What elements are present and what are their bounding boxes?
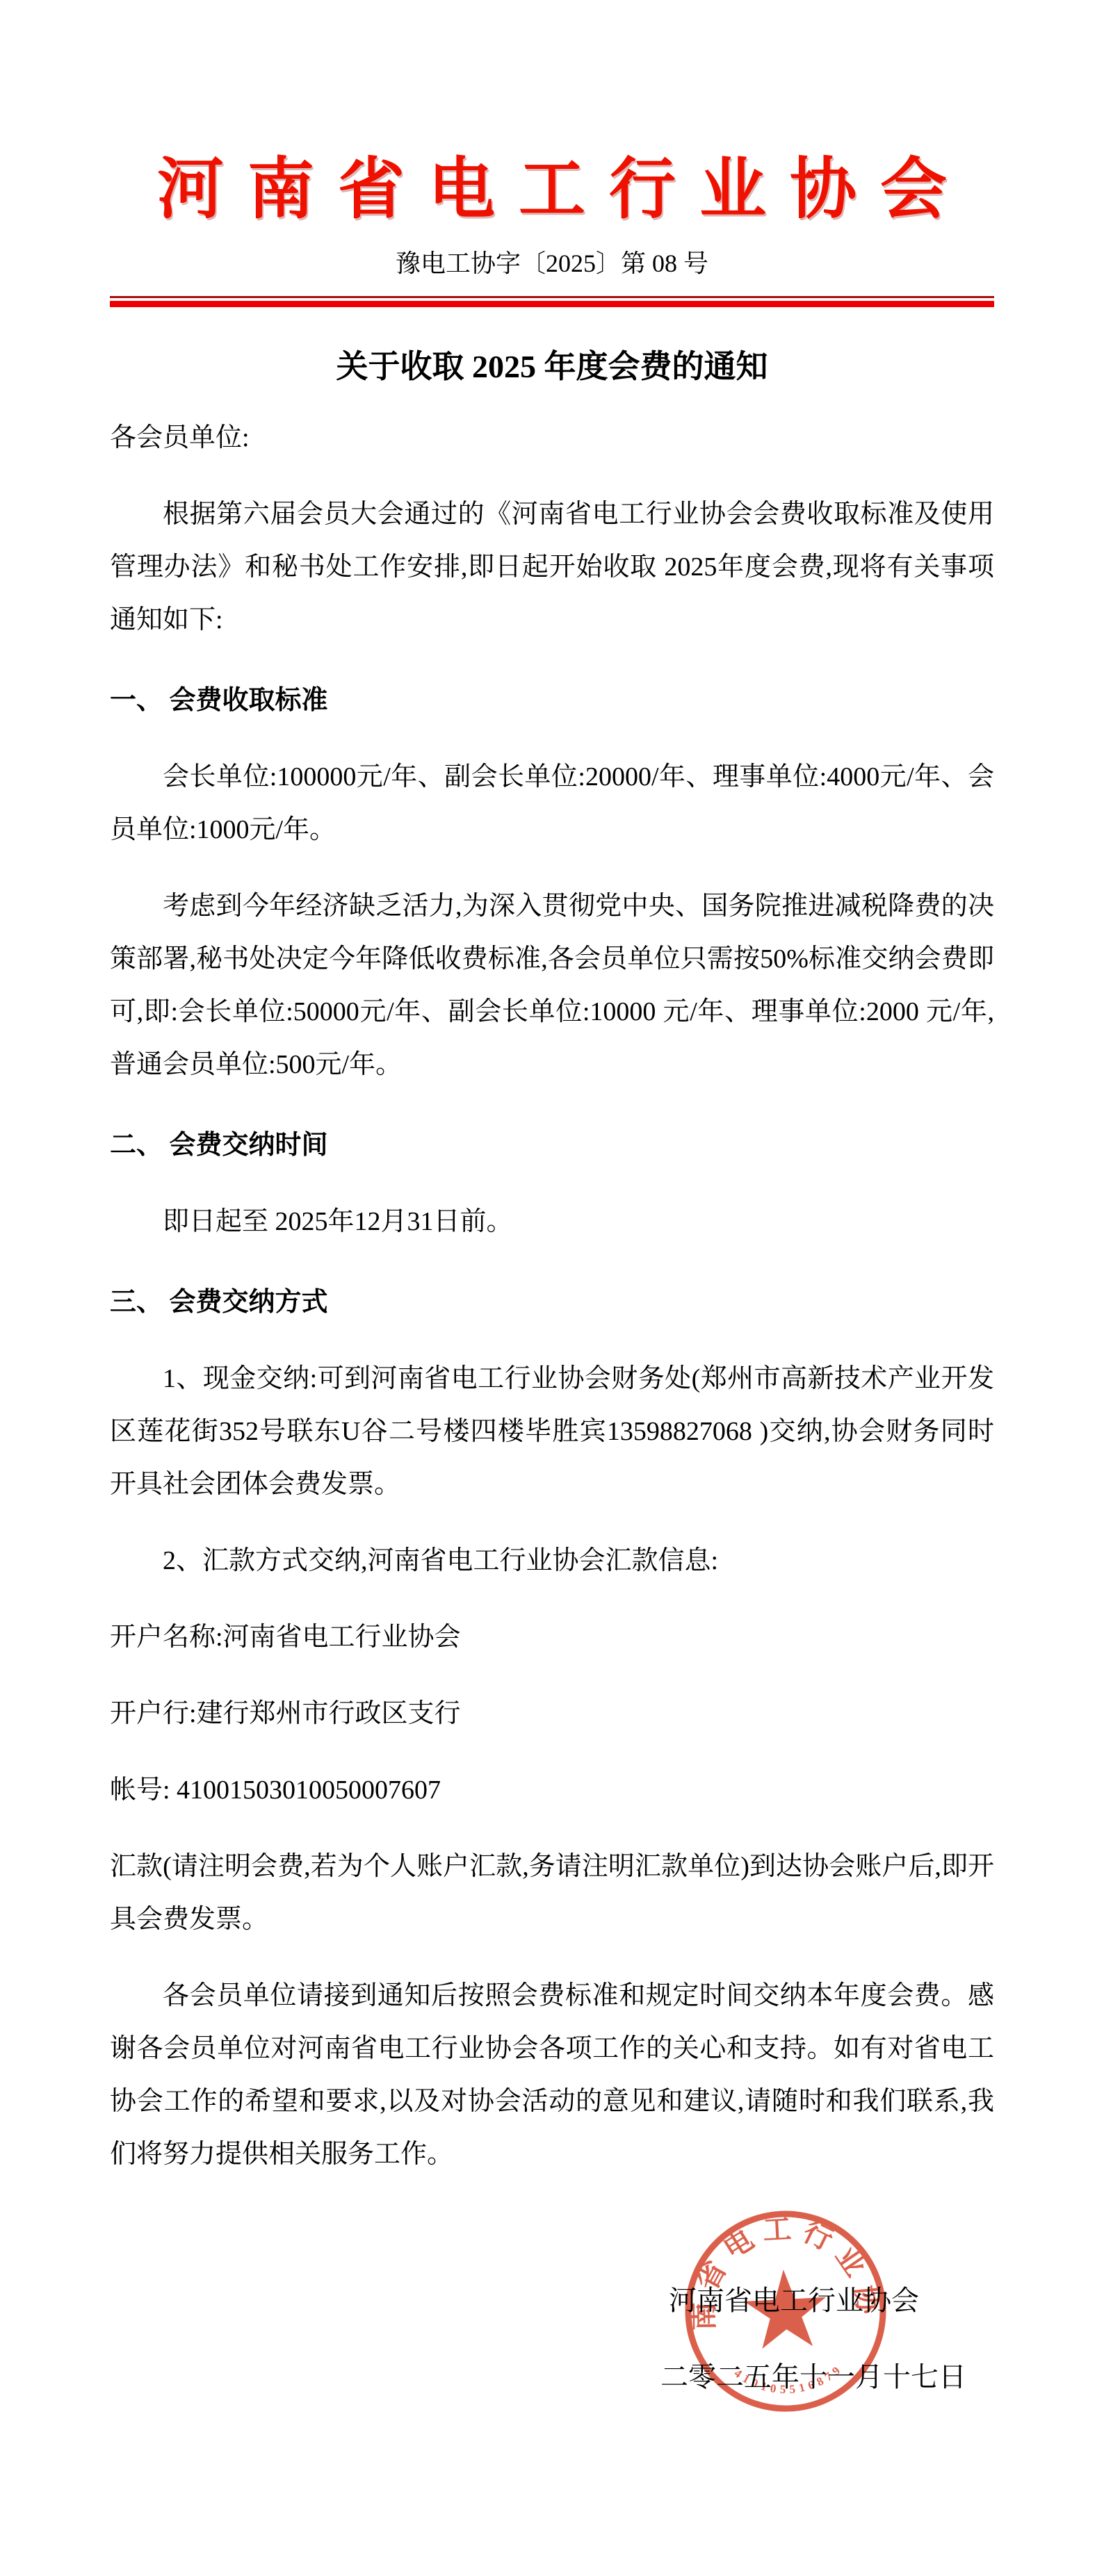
- document-body: 各会员单位: 根据第六届会员大会通过的《河南省电工行业协会会费收取标准及使用管理…: [110, 411, 994, 2181]
- signature-date: 二零二五年十一月十七日: [610, 2351, 966, 2404]
- intro-paragraph: 根据第六届会员大会通过的《河南省电工行业协会会费收取标准及使用管理办法》和秘书处…: [110, 488, 994, 646]
- section-heading-payment-time: 二、 会费交纳时间: [110, 1119, 994, 1172]
- remittance-paragraph: 2、汇款方式交纳,河南省电工行业协会汇款信息:: [110, 1534, 994, 1587]
- doc-number: 豫电工协字〔2025〕第 08 号: [110, 246, 994, 281]
- red-divider-rule: [110, 296, 994, 307]
- letterhead-org-name: 河南省电工行业协会: [110, 0, 994, 228]
- signature-org: 河南省电工行业协会: [620, 2274, 968, 2327]
- remit-note: 汇款(请注明会费,若为个人账户汇款,务请注明汇款单位)到达协会账户后,即开具会费…: [110, 1840, 994, 1946]
- signature-block: 河南省电工行业协会 410105516879 河南省电工行业协会 二零二五年十一…: [110, 2208, 994, 2570]
- fee-standard-paragraph: 会长单位:100000元/年、副会长单位:20000/年、理事单位:4000元/…: [110, 750, 994, 856]
- section-heading-fee-standard: 一、 会费收取标准: [110, 674, 994, 727]
- document-page: 河南省电工行业协会 豫电工协字〔2025〕第 08 号 关于收取 2025 年度…: [0, 0, 1104, 2576]
- fee-discount-paragraph: 考虑到今年经济缺乏活力,为深入贯彻党中央、国务院推进减税降费的决策部署,秘书处决…: [110, 880, 994, 1091]
- cash-payment-paragraph: 1、现金交纳:可到河南省电工行业协会财务处(郑州市高新技术产业开发区莲花街352…: [110, 1352, 994, 1511]
- closing-paragraph: 各会员单位请接到通知后按照会费标准和规定时间交纳本年度会费。感谢各会员单位对河南…: [110, 1969, 994, 2181]
- bank-branch: 开户行:建行郑州市行政区支行: [110, 1687, 994, 1740]
- payment-time-paragraph: 即日起至 2025年12月31日前。: [110, 1195, 994, 1248]
- bank-account-name: 开户名称:河南省电工行业协会: [110, 1611, 994, 1664]
- section-heading-payment-method: 三、 会费交纳方式: [110, 1276, 994, 1329]
- red-divider-thick-line: [110, 301, 994, 307]
- bank-account-number: 帐号: 41001503010050007607: [110, 1764, 994, 1816]
- notice-title: 关于收取 2025 年度会费的通知: [110, 346, 994, 388]
- salutation: 各会员单位:: [110, 411, 994, 464]
